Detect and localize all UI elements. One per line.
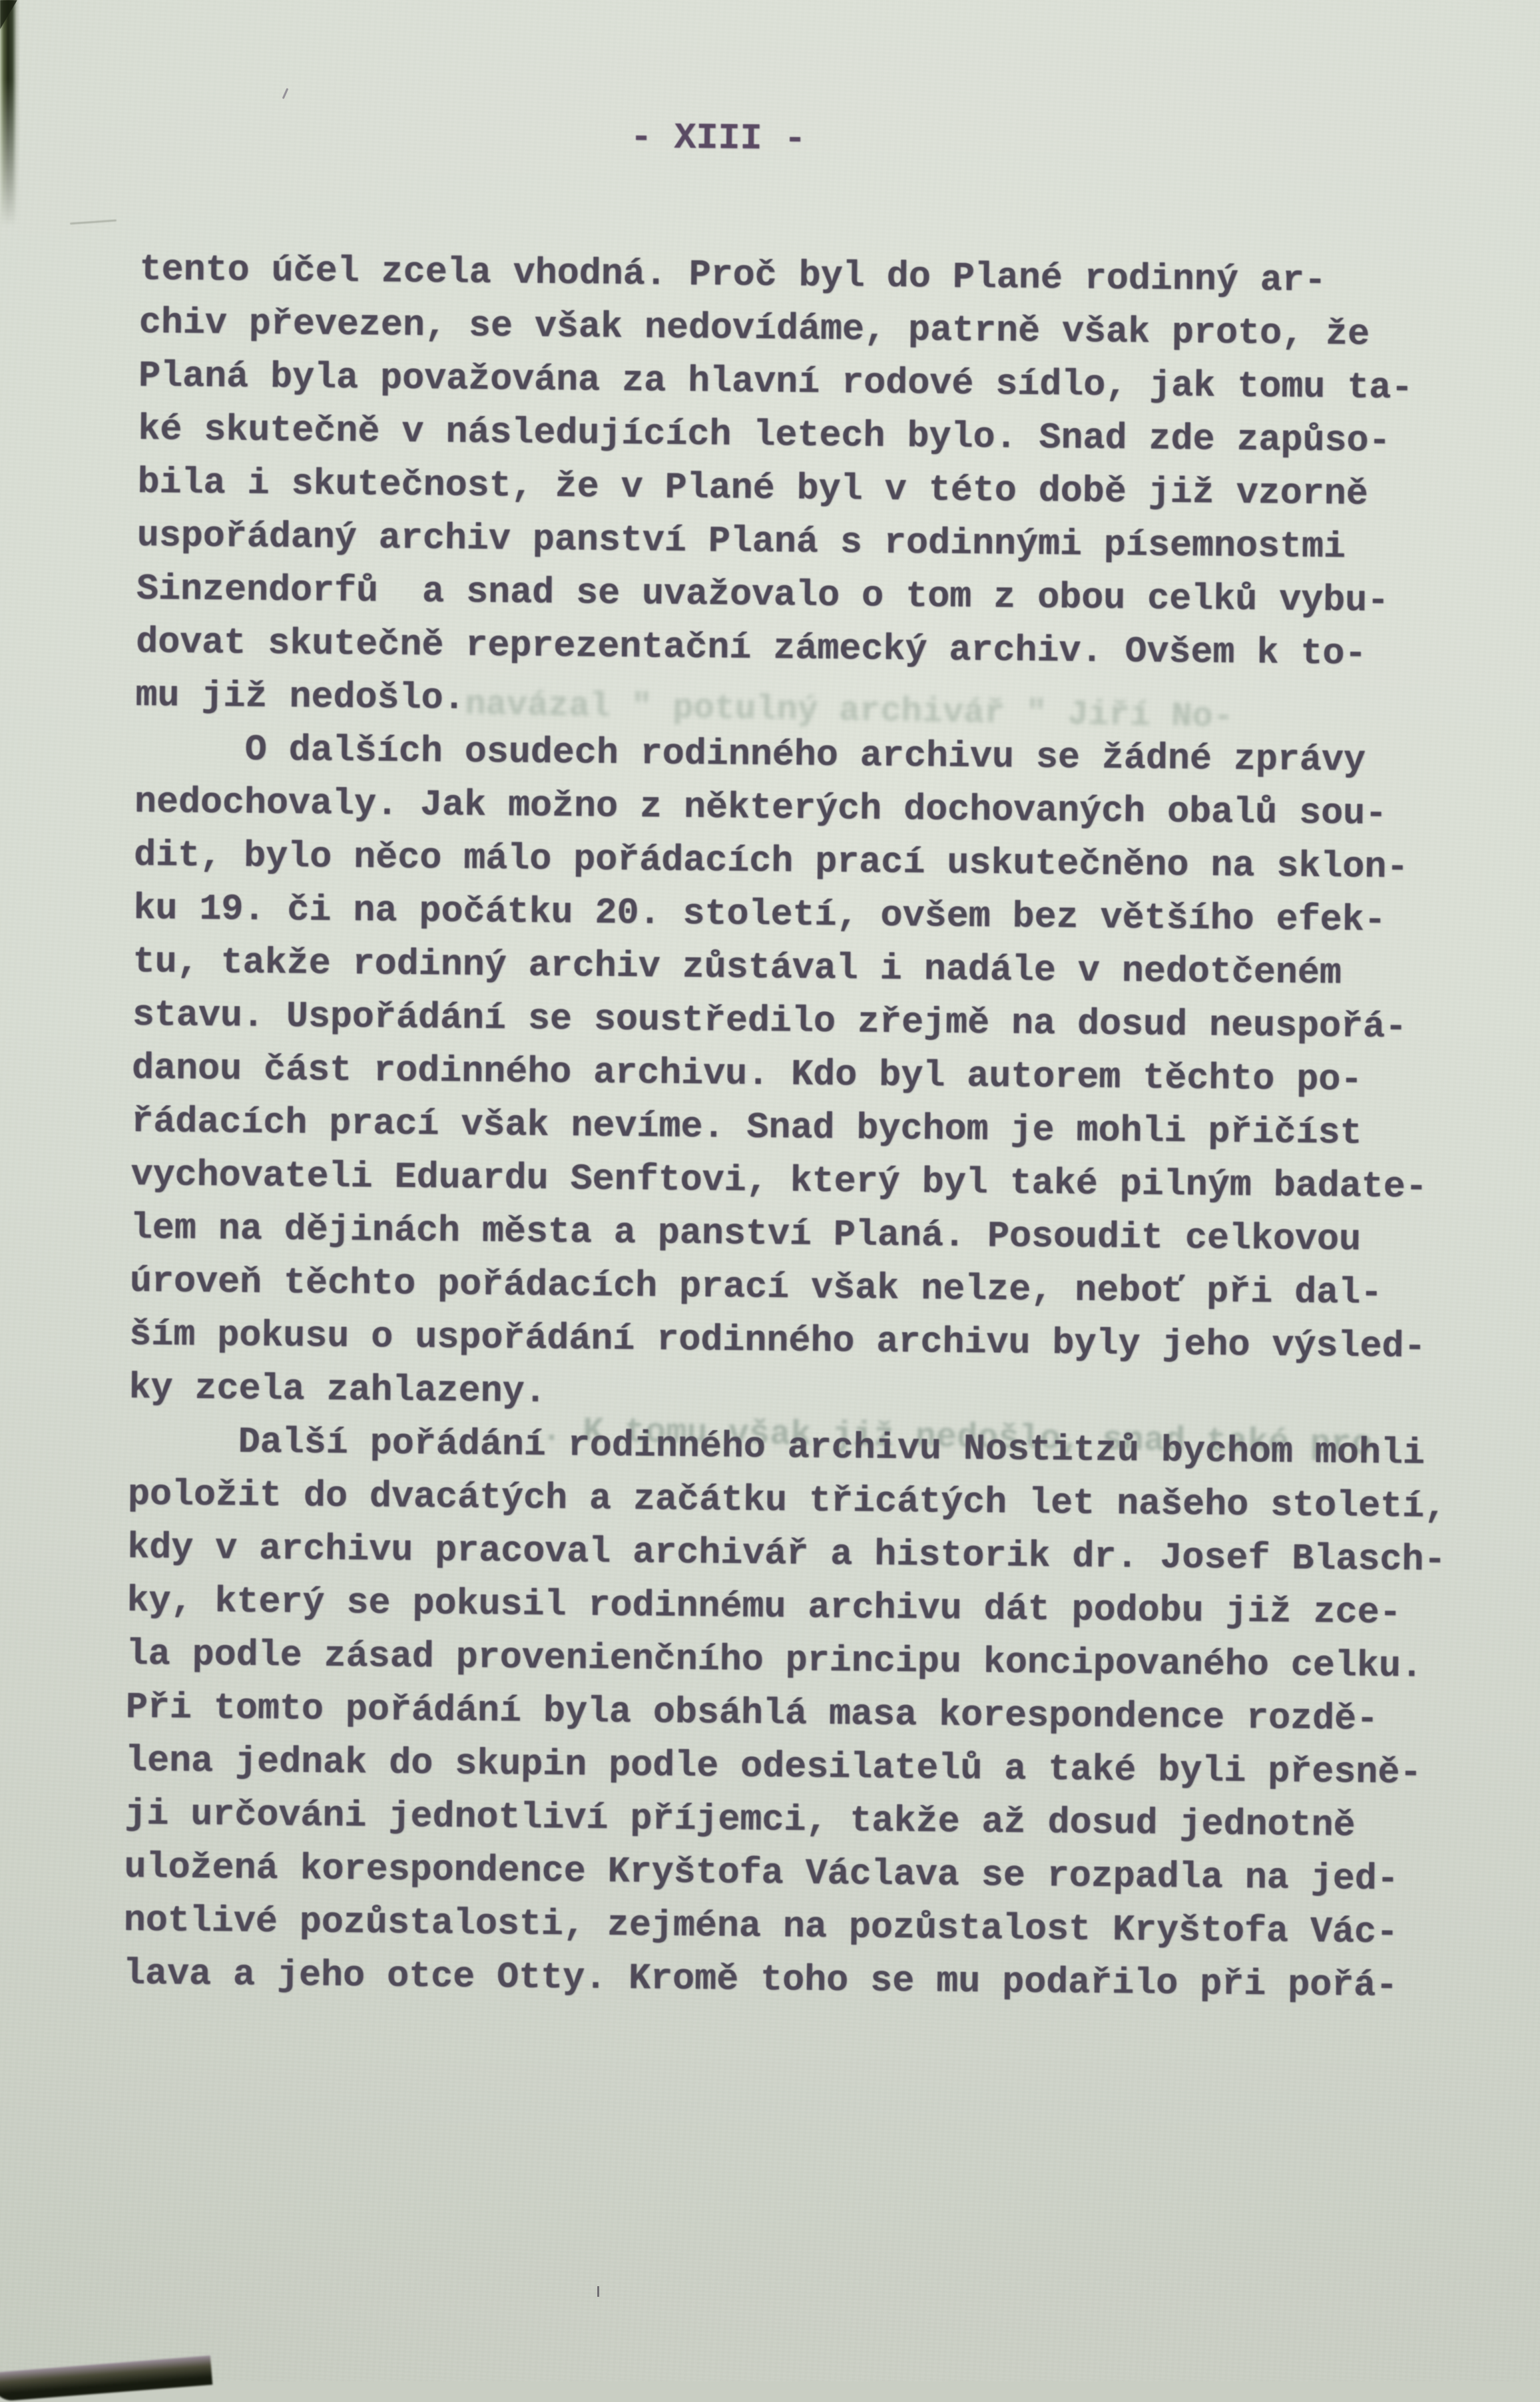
stray-ink-mark xyxy=(597,2286,599,2297)
paragraph: tento účel zcela vhodná. Proč byl do Pla… xyxy=(135,243,1511,736)
page-body-text: tento účel zcela vhodná. Proč byl do Pla… xyxy=(123,243,1511,2014)
page-edge-shadow-top-left xyxy=(0,0,20,226)
paragraph: O dalších osudech rodinného archivu se ž… xyxy=(128,722,1507,1428)
scanned-page: navázal " potulný archivář " Jiří No- . … xyxy=(0,0,1540,2381)
typewritten-text-layer: navázal " potulný archivář " Jiří No- . … xyxy=(0,0,1540,2381)
paragraph: Další pořádání rodinného archivu Nostitz… xyxy=(123,1415,1500,2014)
page-number-header: - XIII - xyxy=(630,111,806,166)
